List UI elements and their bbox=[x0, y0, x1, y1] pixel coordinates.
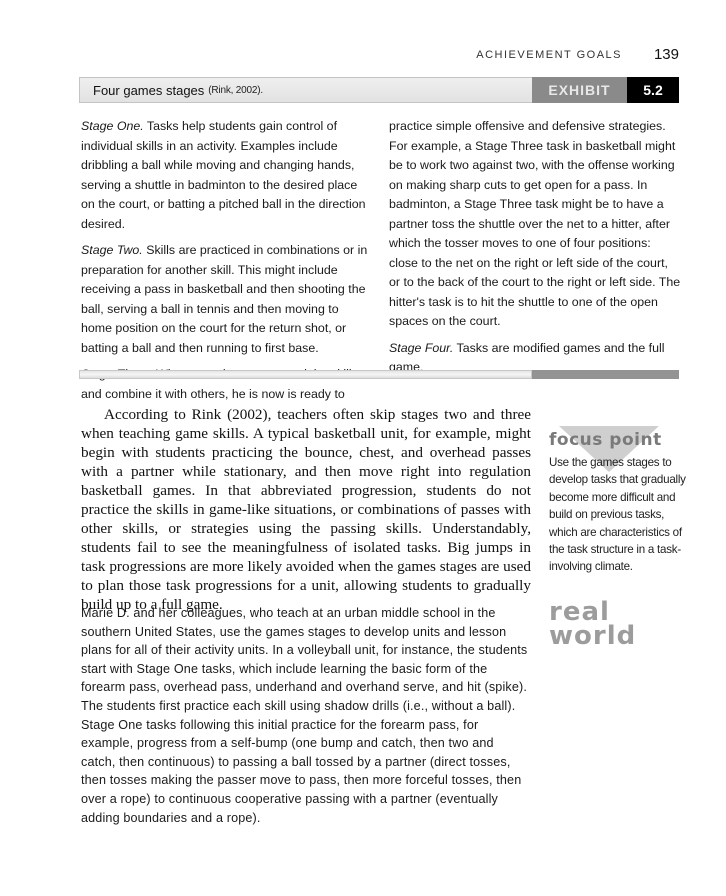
exhibit-bottom-rule-light bbox=[79, 370, 532, 379]
stage-label: Stage One. bbox=[81, 119, 144, 133]
exhibit-number: 5.2 bbox=[643, 82, 662, 98]
stage-text: Skills are practiced in combinations or … bbox=[81, 243, 367, 355]
case-paragraph: Marie D. and her colleagues, who teach a… bbox=[81, 604, 531, 827]
exhibit-title: Four games stages bbox=[93, 83, 204, 98]
real-world-line2: world bbox=[549, 624, 679, 648]
real-world-label: real world bbox=[549, 600, 679, 648]
stage-one-paragraph: Stage One. Tasks help students gain cont… bbox=[81, 117, 373, 234]
exhibit-content: Stage One. Tasks help students gain cont… bbox=[81, 117, 681, 411]
page-number: 139 bbox=[654, 46, 679, 63]
exhibit-right-column: practice simple offensive and defensive … bbox=[389, 117, 681, 411]
exhibit-citation: (Rink, 2002). bbox=[208, 85, 263, 96]
exhibit-header: Four games stages (Rink, 2002). EXHIBIT … bbox=[79, 77, 679, 103]
stage-text: practice simple offensive and defensive … bbox=[389, 119, 680, 328]
exhibit-bottom-rule-dark bbox=[532, 370, 679, 379]
body-paragraph: According to Rink (2002), teachers often… bbox=[81, 405, 531, 614]
real-world-case-text: Marie D. and her colleagues, who teach a… bbox=[81, 604, 531, 827]
focus-point-heading: focus point bbox=[549, 430, 689, 450]
stage-three-continued: practice simple offensive and defensive … bbox=[389, 117, 681, 332]
stage-label: Stage Two. bbox=[81, 243, 143, 257]
focus-point-sidebar: focus point Use the games stages to deve… bbox=[549, 420, 689, 562]
stage-text: Tasks help students gain control of indi… bbox=[81, 119, 365, 231]
main-body-text: According to Rink (2002), teachers often… bbox=[81, 405, 531, 614]
exhibit-label: EXHIBIT bbox=[548, 82, 610, 98]
stage-two-paragraph: Stage Two. Skills are practiced in combi… bbox=[81, 241, 373, 358]
exhibit-number-box: 5.2 bbox=[627, 77, 679, 103]
exhibit-label-box: EXHIBIT bbox=[532, 77, 627, 103]
focus-point-text: Use the games stages to develop tasks th… bbox=[549, 454, 689, 576]
stage-label: Stage Four. bbox=[389, 341, 453, 355]
exhibit-title-box: Four games stages (Rink, 2002). bbox=[79, 77, 532, 103]
exhibit-bottom-rule bbox=[79, 370, 679, 379]
section-title: ACHIEVEMENT GOALS bbox=[476, 49, 622, 61]
exhibit-left-column: Stage One. Tasks help students gain cont… bbox=[81, 117, 373, 411]
running-head: ACHIEVEMENT GOALS 139 bbox=[0, 46, 680, 66]
